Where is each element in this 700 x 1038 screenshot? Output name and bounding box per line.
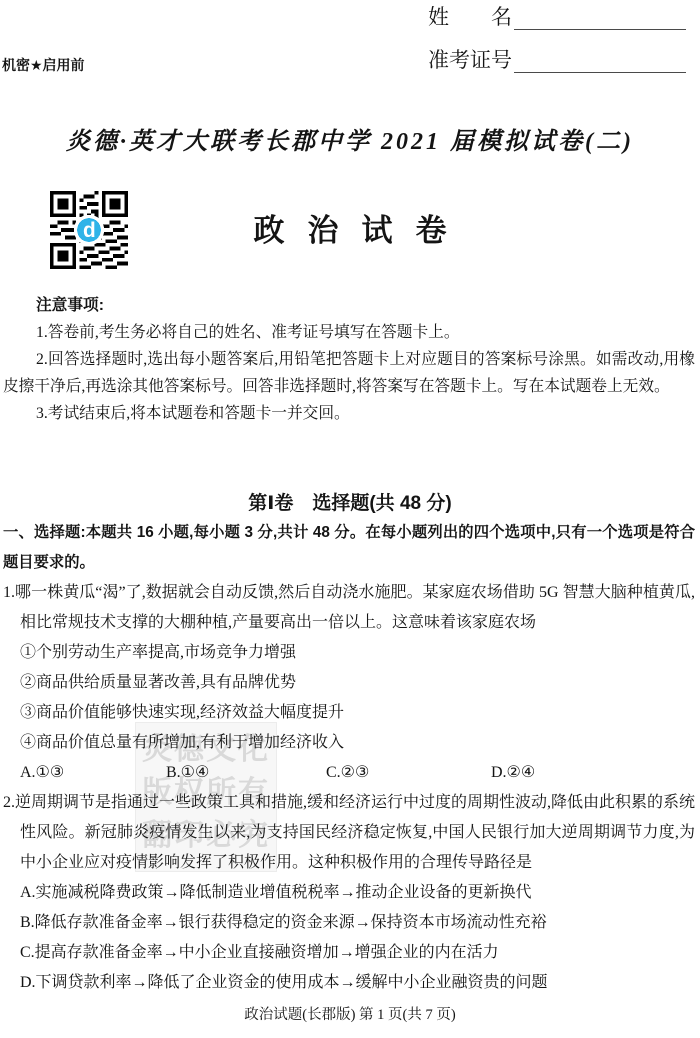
notice-item-1: 1.答卷前,考生务必将自己的姓名、准考证号填写在答题卡上。 [3, 319, 695, 346]
notice-heading: 注意事项: [3, 292, 695, 319]
notice-item-3: 3.考试结束后,将本试题卷和答题卡一并交回。 [3, 400, 695, 427]
name-row: 姓 名 [428, 2, 686, 30]
question-1-statement-4: ④商品价值总量有所增加,有利于增加经济收入 [20, 728, 695, 758]
question-1-choice-a: A.①③ [20, 758, 166, 788]
name-label: 姓 名 [428, 4, 512, 30]
ticket-number-label: 准考证号 [428, 47, 512, 73]
question-2-choice-a: A.实施减税降费政策→降低制造业增值税税率→推动企业设备的更新换代 [20, 878, 695, 908]
notice-item-2: 2.回答选择题时,选出每小题答案后,用铅笔把答题卡上对应题目的答案标号涂黑。如需… [3, 346, 695, 400]
question-1-statement-3: ③商品价值能够快速实现,经济效益大幅度提升 [20, 698, 695, 728]
question-1-stem: 1.哪一株黄瓜“渴”了,数据就会自动反馈,然后自动浇水施肥。某家庭农场借助 5G… [20, 578, 695, 638]
exam-title: 炎德·英才大联考长郡中学 2021 届模拟试卷(二) [0, 121, 700, 156]
page-footer: 政治试题(长郡版) 第 1 页(共 7 页) [0, 1003, 700, 1024]
header-fields: 姓 名 准考证号 [428, 2, 686, 73]
question-2: 2.逆周期调节是指通过一些政策工具和措施,缓和经济运行中过度的周期性波动,降低由… [3, 788, 695, 998]
name-blank-line [514, 5, 686, 30]
question-1-statement-2: ②商品供给质量显著改善,具有品牌优势 [20, 668, 695, 698]
exam-paper-page: 姓 名 准考证号 机密★启用前 炎德·英才大联考长郡中学 2021 届模拟试卷(… [0, 0, 700, 1038]
question-1-choice-c: C.②③ [326, 758, 491, 788]
section-instruction: 一、选择题:本题共 16 小题,每小题 3 分,共计 48 分。在每小题列出的四… [3, 518, 695, 578]
subject-title: 政治试卷 [0, 205, 700, 250]
confidential-notice: 机密★启用前 [2, 55, 85, 75]
section-heading: 第Ⅰ卷 选择题(共 48 分) [0, 488, 700, 515]
question-1: 1.哪一株黄瓜“渴”了,数据就会自动反馈,然后自动浇水施肥。某家庭农场借助 5G… [3, 578, 695, 788]
question-2-choice-c: C.提高存款准备金率→中小企业直接融资增加→增强企业的内在活力 [20, 938, 695, 968]
question-2-choice-b: B.降低存款准备金率→银行获得稳定的资金来源→保持资本市场流动性充裕 [20, 908, 695, 938]
question-2-stem: 2.逆周期调节是指通过一些政策工具和措施,缓和经济运行中过度的周期性波动,降低由… [20, 788, 695, 878]
ticket-row: 准考证号 [428, 45, 686, 73]
question-area: 一、选择题:本题共 16 小题,每小题 3 分,共计 48 分。在每小题列出的四… [3, 518, 695, 998]
question-2-choice-d: D.下调贷款利率→降低了企业资金的使用成本→缓解中小企业融资贵的问题 [20, 968, 695, 998]
notice-block: 注意事项: 1.答卷前,考生务必将自己的姓名、准考证号填写在答题卡上。 2.回答… [3, 292, 695, 427]
question-1-choice-d: D.②④ [491, 758, 695, 788]
question-1-statement-1: ①个别劳动生产率提高,市场竞争力增强 [20, 638, 695, 668]
question-1-choices: A.①③ B.①④ C.②③ D.②④ [20, 758, 695, 788]
ticket-blank-line [514, 48, 686, 73]
question-1-choice-b: B.①④ [166, 758, 326, 788]
